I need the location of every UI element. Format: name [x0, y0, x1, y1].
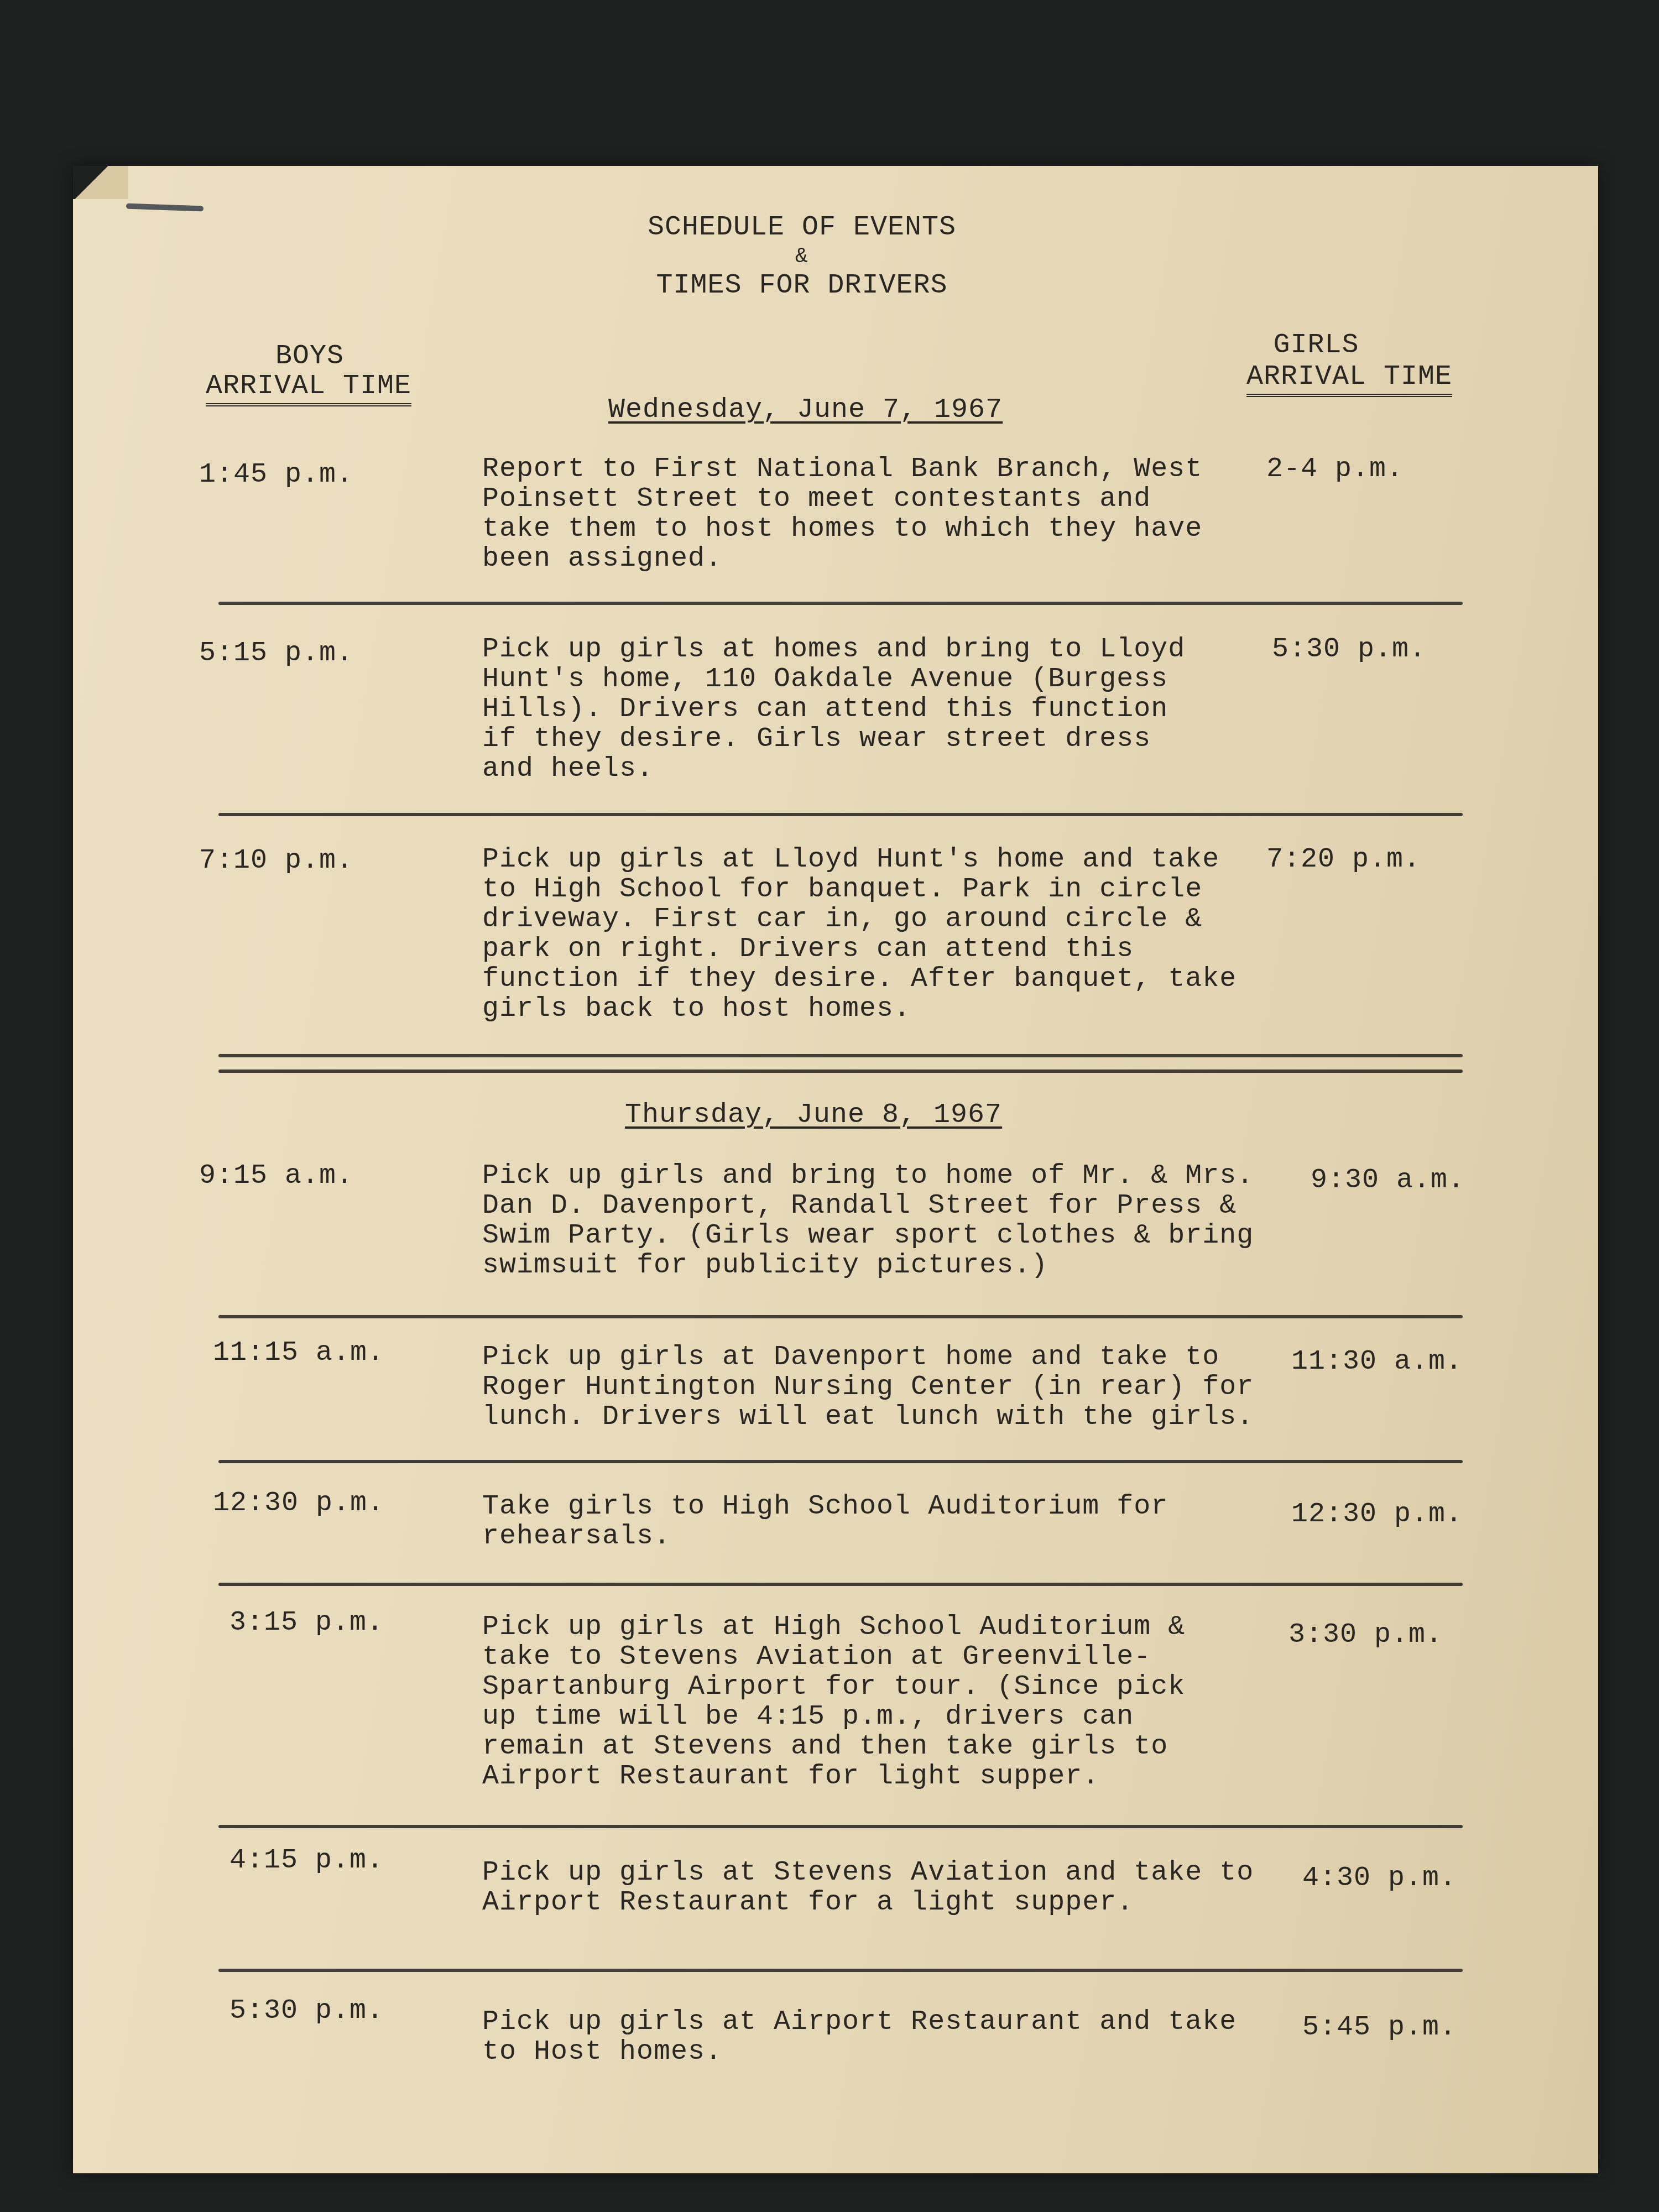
girls-time: 2-4 p.m. — [1266, 455, 1404, 484]
boys-time: 5:15 p.m. — [199, 639, 353, 669]
girls-time: 9:30 a.m. — [1311, 1166, 1465, 1196]
girls-time: 4:30 p.m. — [1302, 1864, 1457, 1893]
row-divider — [218, 1825, 1463, 1828]
boys-time: 3:15 p.m. — [229, 1608, 384, 1638]
double-divider-top — [218, 1054, 1463, 1057]
event-description: Take girls to High School Auditorium for… — [482, 1492, 1312, 1552]
day-heading-thursday: Thursday, June 8, 1967 — [625, 1100, 1002, 1130]
girls-time: 12:30 p.m. — [1291, 1500, 1463, 1530]
folded-corner — [73, 166, 128, 199]
boys-time: 12:30 p.m. — [213, 1489, 384, 1519]
row-divider — [218, 1969, 1463, 1972]
row-divider — [218, 1315, 1463, 1318]
row-divider — [218, 1460, 1463, 1463]
girls-time: 5:45 p.m. — [1302, 2013, 1457, 2043]
title-ampersand: & — [608, 242, 995, 272]
girls-time: 11:30 a.m. — [1291, 1347, 1463, 1377]
title-line-3: TIMES FOR DRIVERS — [608, 271, 995, 301]
event-description: Pick up girls at Davenport home and take… — [482, 1343, 1312, 1432]
girls-header-line-1: GIRLS — [1261, 331, 1371, 361]
title-line-1: SCHEDULE OF EVENTS — [608, 213, 995, 243]
row-divider — [218, 602, 1463, 605]
event-description: Pick up girls at Lloyd Hunt's home and t… — [482, 845, 1312, 1024]
boys-time: 4:15 p.m. — [229, 1846, 384, 1876]
boys-time: 11:15 a.m. — [213, 1338, 384, 1368]
event-description: Pick up girls at High School Auditorium … — [482, 1613, 1312, 1792]
day-heading-wednesday: Wednesday, June 7, 1967 — [608, 395, 1003, 425]
event-description: Pick up girls and bring to home of Mr. &… — [482, 1161, 1312, 1281]
boys-time: 7:10 p.m. — [199, 846, 353, 876]
girls-time: 5:30 p.m. — [1272, 635, 1426, 665]
event-description: Pick up girls at Stevens Aviation and ta… — [482, 1858, 1312, 1918]
boys-header-line-1: BOYS — [254, 342, 365, 372]
double-divider-bottom — [218, 1070, 1463, 1073]
girls-arrival-time-header: ARRIVAL TIME — [1246, 361, 1452, 397]
event-description: Pick up girls at homes and bring to Lloy… — [482, 635, 1312, 784]
girls-time: 3:30 p.m. — [1288, 1620, 1443, 1650]
row-divider — [218, 1583, 1463, 1586]
girls-time: 7:20 p.m. — [1266, 845, 1421, 875]
boys-time: 9:15 a.m. — [199, 1161, 353, 1191]
boys-arrival-time-header: ARRIVAL TIME — [206, 371, 411, 406]
row-divider — [218, 813, 1463, 816]
event-description: Pick up girls at Airport Restaurant and … — [482, 2007, 1312, 2067]
boys-time: 5:30 p.m. — [229, 1996, 384, 2026]
boys-time: 1:45 p.m. — [199, 460, 353, 490]
event-description: Report to First National Bank Branch, We… — [482, 455, 1312, 574]
